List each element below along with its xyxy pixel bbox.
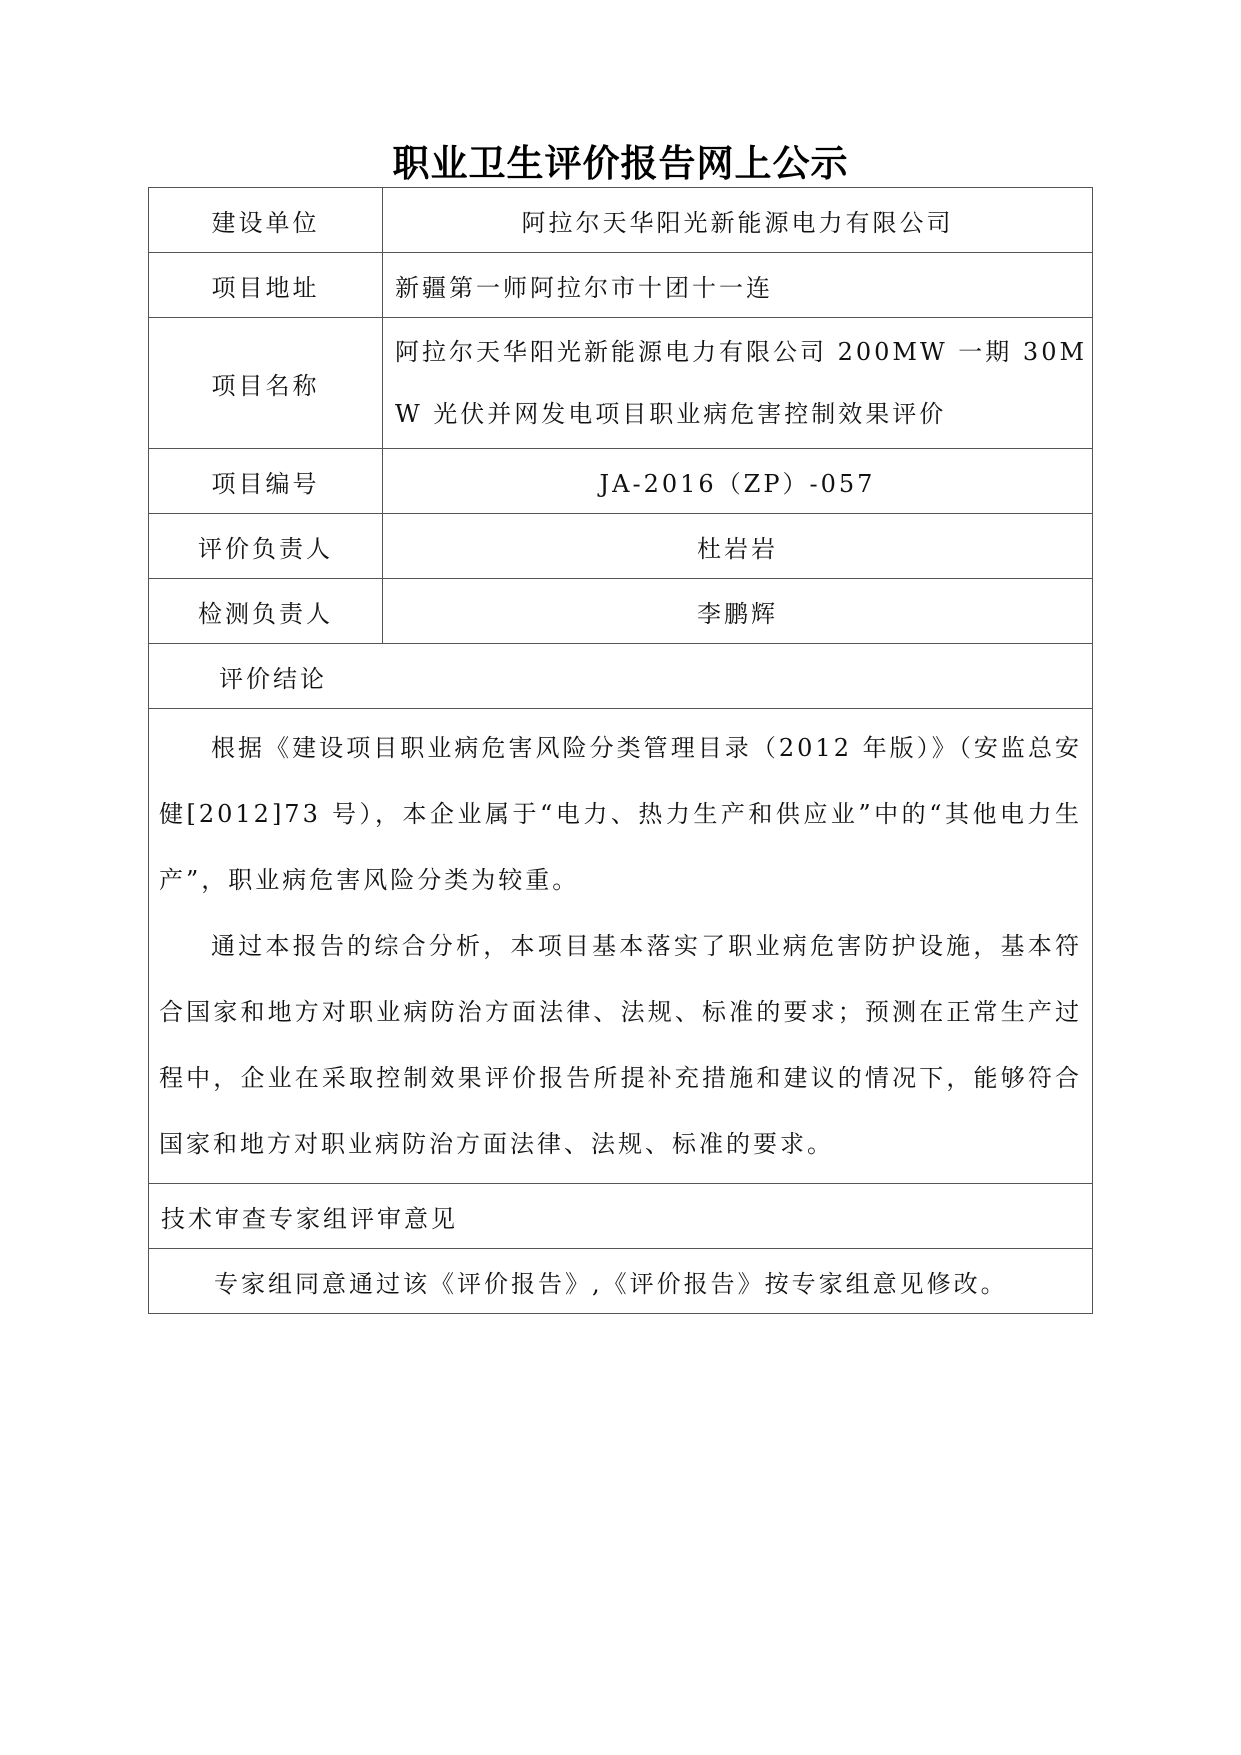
table-row-evaluation-lead: 评价负责人 杜岩岩 [149, 514, 1093, 579]
table-row-conclusion-label: 评价结论 [149, 644, 1093, 709]
table-row-project-address: 项目地址 新疆第一师阿拉尔市十团十一连 [149, 253, 1093, 318]
conclusion-paragraph: 根据《建设项目职业病危害风险分类管理目录（2012 年版）》（安监总安健[201… [159, 715, 1082, 913]
review-label: 技术审查专家组评审意见 [149, 1184, 1093, 1249]
info-table: 建设单位 阿拉尔天华阳光新能源电力有限公司 项目地址 新疆第一师阿拉尔市十团十一… [148, 187, 1093, 1314]
value-construction-unit: 阿拉尔天华阳光新能源电力有限公司 [383, 188, 1093, 253]
table-row-project-name: 项目名称 阿拉尔天华阳光新能源电力有限公司 200MW 一期 30MW 光伏并网… [149, 318, 1093, 449]
label-construction-unit: 建设单位 [149, 188, 383, 253]
label-evaluation-lead: 评价负责人 [149, 514, 383, 579]
label-project-address: 项目地址 [149, 253, 383, 318]
table-row-review-body: 专家组同意通过该《评价报告》,《评价报告》按专家组意见修改。 [149, 1249, 1093, 1314]
review-text: 专家组同意通过该《评价报告》,《评价报告》按专家组意见修改。 [149, 1249, 1093, 1314]
value-project-name: 阿拉尔天华阳光新能源电力有限公司 200MW 一期 30MW 光伏并网发电项目职… [383, 318, 1093, 449]
table-row-review-label: 技术审查专家组评审意见 [149, 1184, 1093, 1249]
document-title: 职业卫生评价报告网上公示 [0, 140, 1241, 186]
table-row-testing-lead: 检测负责人 李鹏辉 [149, 579, 1093, 644]
table-row-construction-unit: 建设单位 阿拉尔天华阳光新能源电力有限公司 [149, 188, 1093, 253]
value-project-number: JA-2016（ZP）-057 [383, 449, 1093, 514]
value-evaluation-lead: 杜岩岩 [383, 514, 1093, 579]
value-project-address: 新疆第一师阿拉尔市十团十一连 [383, 253, 1093, 318]
value-testing-lead: 李鹏辉 [383, 579, 1093, 644]
conclusion-paragraph: 通过本报告的综合分析，本项目基本落实了职业病危害防护设施，基本符合国家和地方对职… [159, 913, 1082, 1177]
conclusion-body: 根据《建设项目职业病危害风险分类管理目录（2012 年版）》（安监总安健[201… [149, 709, 1093, 1184]
label-project-number: 项目编号 [149, 449, 383, 514]
conclusion-label: 评价结论 [149, 644, 1093, 709]
label-project-name: 项目名称 [149, 318, 383, 449]
label-testing-lead: 检测负责人 [149, 579, 383, 644]
table-row-conclusion-body: 根据《建设项目职业病危害风险分类管理目录（2012 年版）》（安监总安健[201… [149, 709, 1093, 1184]
table-row-project-number: 项目编号 JA-2016（ZP）-057 [149, 449, 1093, 514]
